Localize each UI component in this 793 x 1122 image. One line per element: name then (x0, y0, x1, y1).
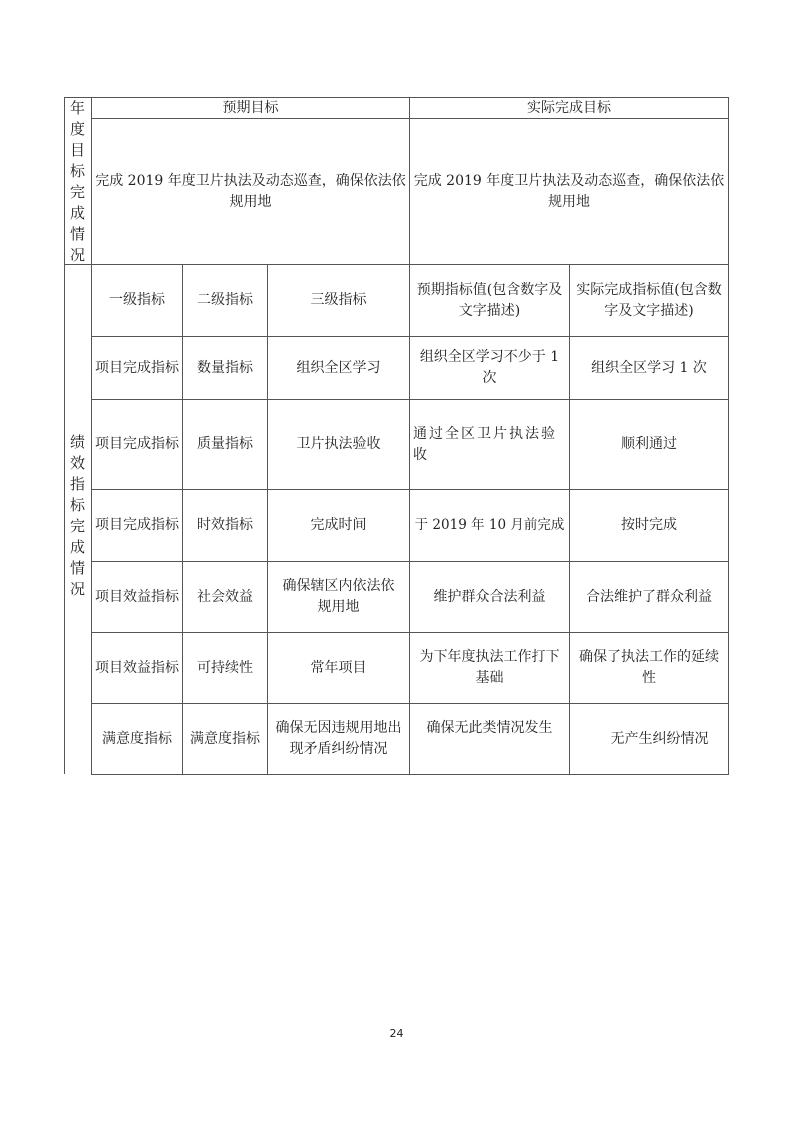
table-cell-level2: 时效指标 (183, 490, 267, 561)
table-cell-level3: 完成时间 (268, 490, 409, 561)
table-border-right (728, 97, 729, 774)
table-cell-actual: 组织全区学习 1 次 (570, 337, 728, 399)
table-cell-level3: 常年项目 (268, 633, 409, 703)
table-cell-actual: 顺利通过 (570, 400, 728, 489)
table-cell-level1: 项目完成指标 (92, 337, 182, 399)
table-cell-actual: 确保了执法工作的延续性 (570, 633, 728, 703)
table-cell-expected: 维护群众合法利益 (410, 562, 569, 632)
table-cell-expected: 组织全区学习不少于 1 次 (410, 337, 569, 399)
table-cell-level1: 项目完成指标 (92, 400, 182, 489)
expected-goal-text: 完成 2019 年度卫片执法及动态巡查，确保依法依规用地 (92, 119, 409, 264)
table-cell-level3: 组织全区学习 (268, 337, 409, 399)
section2-side-label: 绩 效 指 标 完 成 情 况 (64, 432, 91, 600)
table-cell-level2: 数量指标 (183, 337, 267, 399)
table-cell-level2: 质量指标 (183, 400, 267, 489)
table-cell-level1: 项目效益指标 (92, 633, 182, 703)
header-actual-goal: 实际完成目标 (410, 98, 728, 118)
table-border-bottom (91, 774, 729, 775)
table-cell-expected: 通过全区卫片执法验收 (410, 400, 569, 489)
table-cell-level2: 社会效益 (183, 562, 267, 632)
section1-side-label: 年 度 目 标 完 成 情 况 (64, 98, 91, 266)
table-cell-expected: 确保无此类情况发生 (410, 704, 569, 774)
column-header-level2: 二级指标 (183, 265, 267, 336)
table-cell-level3: 确保辖区内依法依规用地 (268, 562, 409, 632)
table-cell-level1: 项目完成指标 (92, 490, 182, 561)
header-expected-goal: 预期目标 (92, 98, 409, 118)
table-cell-actual: 合法维护了群众利益 (570, 562, 728, 632)
table-cell-level3: 卫片执法验收 (268, 400, 409, 489)
table-cell-level2: 可持续性 (183, 633, 267, 703)
column-header-level1: 一级指标 (92, 265, 182, 336)
actual-goal-text: 完成 2019 年度卫片执法及动态巡查，确保依法依规用地 (410, 119, 728, 264)
column-header-expected-value: 预期指标值(包含数字及文字描述) (410, 265, 569, 336)
column-header-actual-value: 实际完成指标值(包含数字及文字描述) (570, 265, 728, 336)
table-cell-actual: 按时完成 (570, 490, 728, 561)
table-cell-level3: 确保无因违规用地出现矛盾纠纷情况 (268, 704, 409, 774)
document-page: 年 度 目 标 完 成 情 况 预期目标 实际完成目标 完成 2019 年度卫片… (0, 0, 793, 1122)
table-cell-level2: 满意度指标 (183, 704, 267, 774)
table-cell-expected: 为下年度执法工作打下基础 (410, 633, 569, 703)
column-header-level3: 三级指标 (268, 265, 409, 336)
page-number: 24 (0, 1027, 793, 1040)
table-cell-actual: 无产生纠纷情况 (570, 704, 728, 774)
table-cell-expected: 于 2019 年 10 月前完成 (410, 490, 569, 561)
table-cell-level1: 满意度指标 (92, 704, 182, 774)
table-cell-level1: 项目效益指标 (92, 562, 182, 632)
